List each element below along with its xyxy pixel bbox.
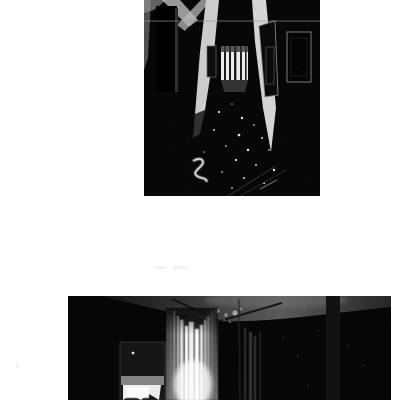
stray-fleck: [16, 365, 19, 367]
photocopy-grain-overlay: [144, 0, 320, 196]
photocopy-grain-overlay: [68, 296, 391, 400]
caption-word-smudge: [155, 266, 166, 269]
dark-room-photo-art: [68, 296, 391, 400]
hallway-photo-art: [144, 0, 320, 196]
caption-word-smudge: [173, 266, 188, 269]
dark-room-photo: [68, 296, 391, 400]
faint-caption-smudge: [155, 263, 219, 271]
hallway-photo: [144, 0, 320, 196]
scanned-page: [0, 0, 400, 400]
